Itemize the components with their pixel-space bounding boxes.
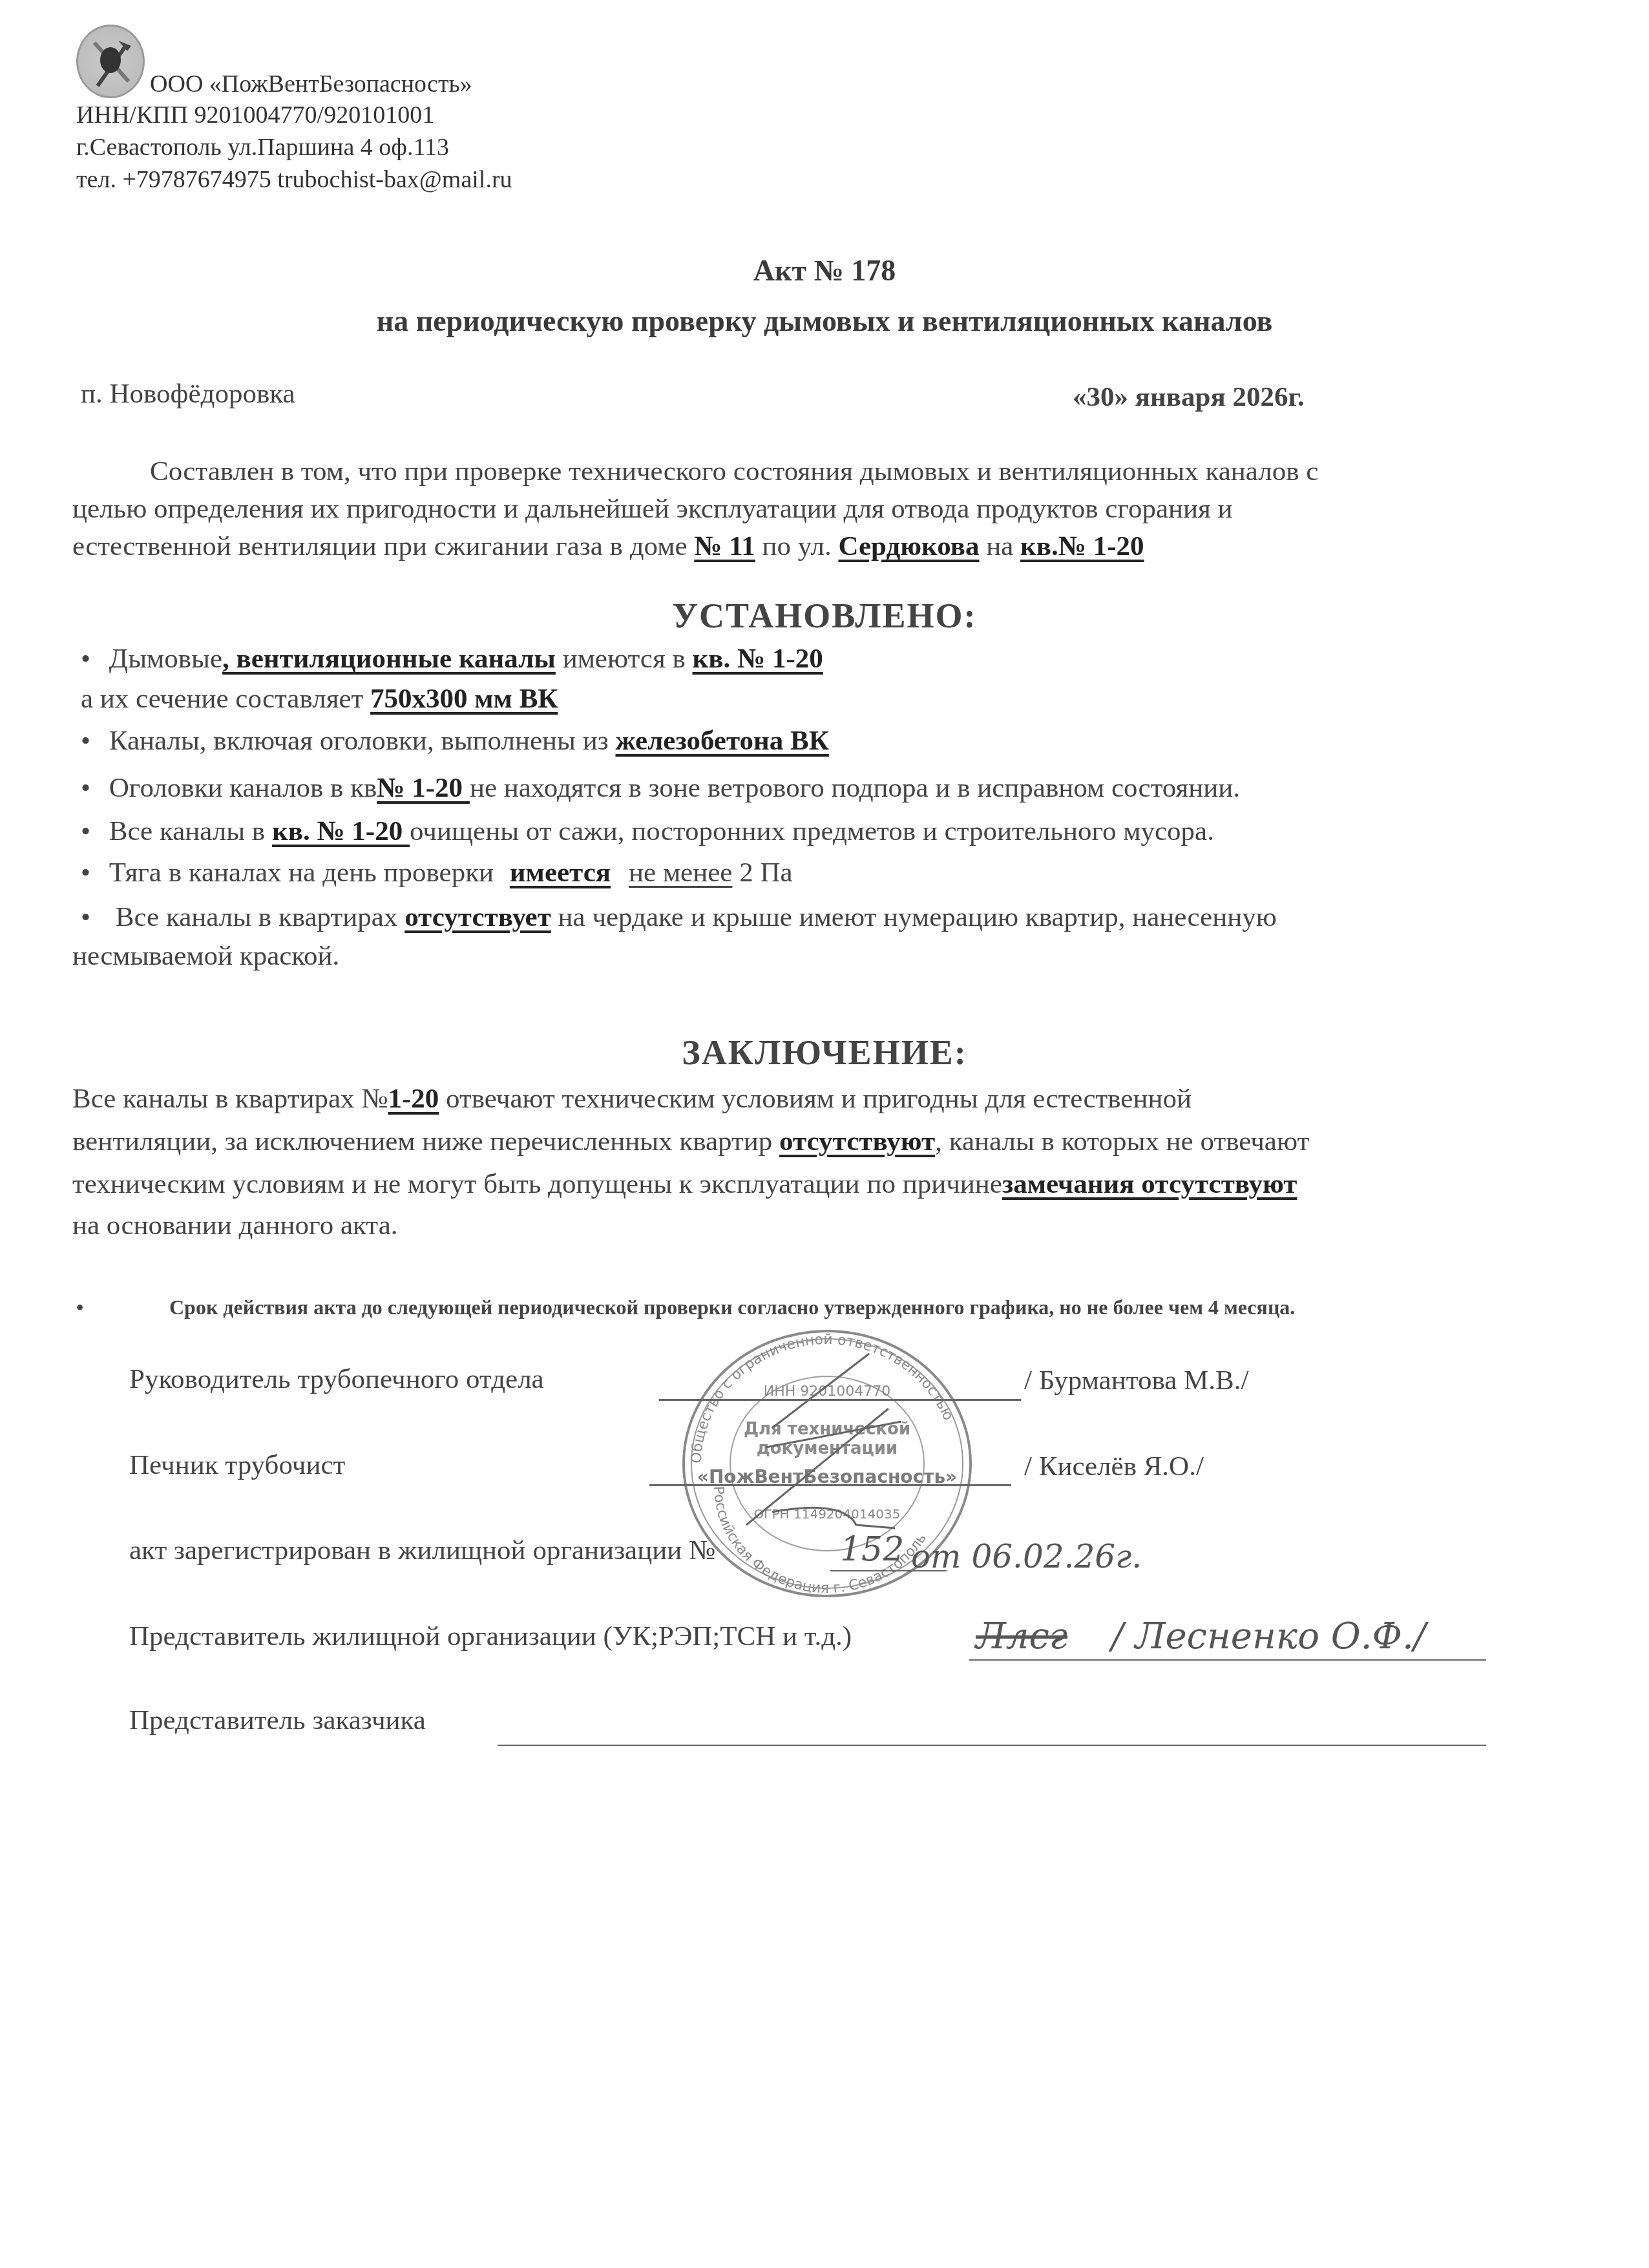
company-inn-kpp: ИНН/КПП 9201004770/920101001: [76, 101, 434, 129]
customer-rep-label: Представитель заказчика: [129, 1705, 426, 1736]
act-subtitle: на периодическую проверку дымовых и вент…: [0, 304, 1649, 338]
house-number: № 11: [694, 531, 755, 562]
stamp-center-line-2: документации: [757, 1439, 898, 1458]
head-signature-line: [659, 1399, 1021, 1401]
conclusion-line-2: вентиляции, за исключением ниже перечисл…: [72, 1126, 1309, 1157]
channel-material: железобетона ВК: [615, 726, 828, 756]
item-fill: , вентиляционные каналы: [222, 644, 556, 674]
item-text: Все каналы в: [109, 816, 272, 846]
section-conclusion-heading: ЗАКЛЮЧЕНИЕ:: [0, 1033, 1649, 1073]
housing-rep-signature-line: [969, 1659, 1486, 1661]
item-text: Тяга в каналах на день проверки: [109, 857, 501, 888]
item-fill: отсутствует: [404, 902, 551, 932]
conclusion-text: Все каналы в квартирах №: [72, 1084, 388, 1114]
conclusion-fill: отсутствуют: [779, 1126, 935, 1157]
sweep-label: Печник трубочист: [129, 1449, 345, 1481]
head-name: / Бурмантова М.В./: [1024, 1365, 1248, 1396]
company-logo: [76, 25, 145, 98]
item-text: очищены от сажи, посторонних предметов и…: [410, 816, 1214, 846]
conclusion-text: вентиляции, за исключением ниже перечисл…: [72, 1126, 779, 1157]
head-label: Руководитель трубопечного отдела: [129, 1363, 544, 1395]
item-fill: кв. № 1-20: [272, 816, 410, 846]
intro-line-2: целью определения их пригодности и дальн…: [72, 493, 1233, 525]
registration-label: акт зарегистрирован в жилищной организац…: [129, 1535, 715, 1566]
street-name: Сердюкова: [838, 531, 979, 562]
established-item-1-continued: а их сечение составляет 750х300 мм ВК: [81, 683, 558, 715]
item-text: Каналы, включая оголовки, выполнены из: [109, 726, 616, 756]
validity-bullet: •: [76, 1296, 83, 1319]
item-fill: кв. № 1-20: [693, 644, 823, 674]
conclusion-line-1: Все каналы в квартирах №1-20 отвечают те…: [72, 1083, 1192, 1115]
item-text: на чердаке и крыше имеют нумерацию кварт…: [551, 902, 1277, 932]
intro-text: естественной вентиляции при сжигании газ…: [72, 531, 694, 562]
company-contacts: тел. +79787674975 trubochist-bax@mail.ru: [76, 165, 512, 194]
item-text: Оголовки каналов в кв: [109, 773, 377, 803]
section-established-heading: УСТАНОВЛЕНО:: [0, 596, 1649, 636]
item-text: Дымовые: [109, 644, 222, 674]
established-item-3: Оголовки каналов в кв№ 1-20 не находятся…: [81, 772, 1240, 804]
established-item-1: Дымовые, вентиляционные каналы имеются в…: [81, 643, 823, 675]
act-number: Акт № 178: [0, 253, 1649, 288]
established-item-2: Каналы, включая оголовки, выполнены из ж…: [81, 725, 829, 757]
channel-section-size: 750х300 мм ВК: [370, 684, 558, 714]
conclusion-text: техническим условиям и не могут быть доп…: [72, 1169, 1002, 1199]
conclusion-text: отвечают техническим условиям и пригодны…: [439, 1084, 1192, 1114]
validity-note: Срок действия акта до следующей периодич…: [169, 1296, 1295, 1319]
sweep-signature-line: [649, 1484, 1011, 1486]
housing-rep-name: / Лесненко О.Ф./: [1111, 1615, 1426, 1657]
registration-number: 152: [840, 1530, 904, 1569]
item-text: не менее: [629, 857, 732, 888]
established-item-6: Все каналы в квартирах отсутствует на че…: [81, 901, 1277, 933]
draft-pressure: 2 Па: [732, 857, 792, 888]
intro-line-1: Составлен в том, что при проверке технич…: [150, 456, 1318, 487]
established-item-5: Тяга в каналах на день проверки имеетсян…: [81, 857, 793, 888]
item-text: не находятся в зоне ветрового подпора и …: [470, 773, 1240, 803]
conclusion-fill: 1-20: [388, 1084, 439, 1114]
act-date: «30» января 2026г.: [1073, 381, 1305, 413]
intro-text: на: [979, 531, 1020, 562]
company-name: ООО «ПожВентБезопасность»: [150, 70, 472, 98]
conclusion-fill: замечания отсутствуют: [1002, 1169, 1297, 1199]
apartments-range: кв.№ 1-20: [1020, 531, 1144, 562]
item-text: Все каналы в квартирах: [116, 902, 404, 932]
intro-text: по ул.: [755, 531, 839, 562]
draft-status: имеется: [501, 857, 629, 888]
conclusion-line-4: на основании данного акта.: [72, 1210, 398, 1241]
housing-rep-signature: Ллсг: [976, 1615, 1067, 1657]
conclusion-text: , каналы в которых не отвечают: [935, 1126, 1309, 1157]
item-fill: № 1-20: [377, 773, 470, 803]
item-text: а их сечение составляет: [81, 684, 370, 714]
established-item-4: Все каналы в кв. № 1-20 очищены от сажи,…: [81, 815, 1214, 847]
established-item-6-continued: несмываемой краской.: [72, 940, 339, 972]
conclusion-line-3: техническим условиям и не могут быть доп…: [72, 1168, 1297, 1200]
customer-rep-signature-line: [498, 1745, 1486, 1746]
company-address: г.Севастополь ул.Паршина 4 оф.113: [76, 133, 449, 162]
housing-rep-label: Представитель жилищной организации (УК;Р…: [129, 1621, 852, 1652]
chimney-sweep-logo-icon: [78, 26, 143, 96]
intro-line-3: естественной вентиляции при сжигании газ…: [72, 530, 1144, 562]
registration-date: от 06.02.26г.: [911, 1538, 1142, 1575]
sweep-name: / Киселёв Я.О./: [1024, 1451, 1204, 1482]
place: п. Новофёдоровка: [81, 378, 295, 410]
item-text: имеются в: [556, 644, 693, 674]
